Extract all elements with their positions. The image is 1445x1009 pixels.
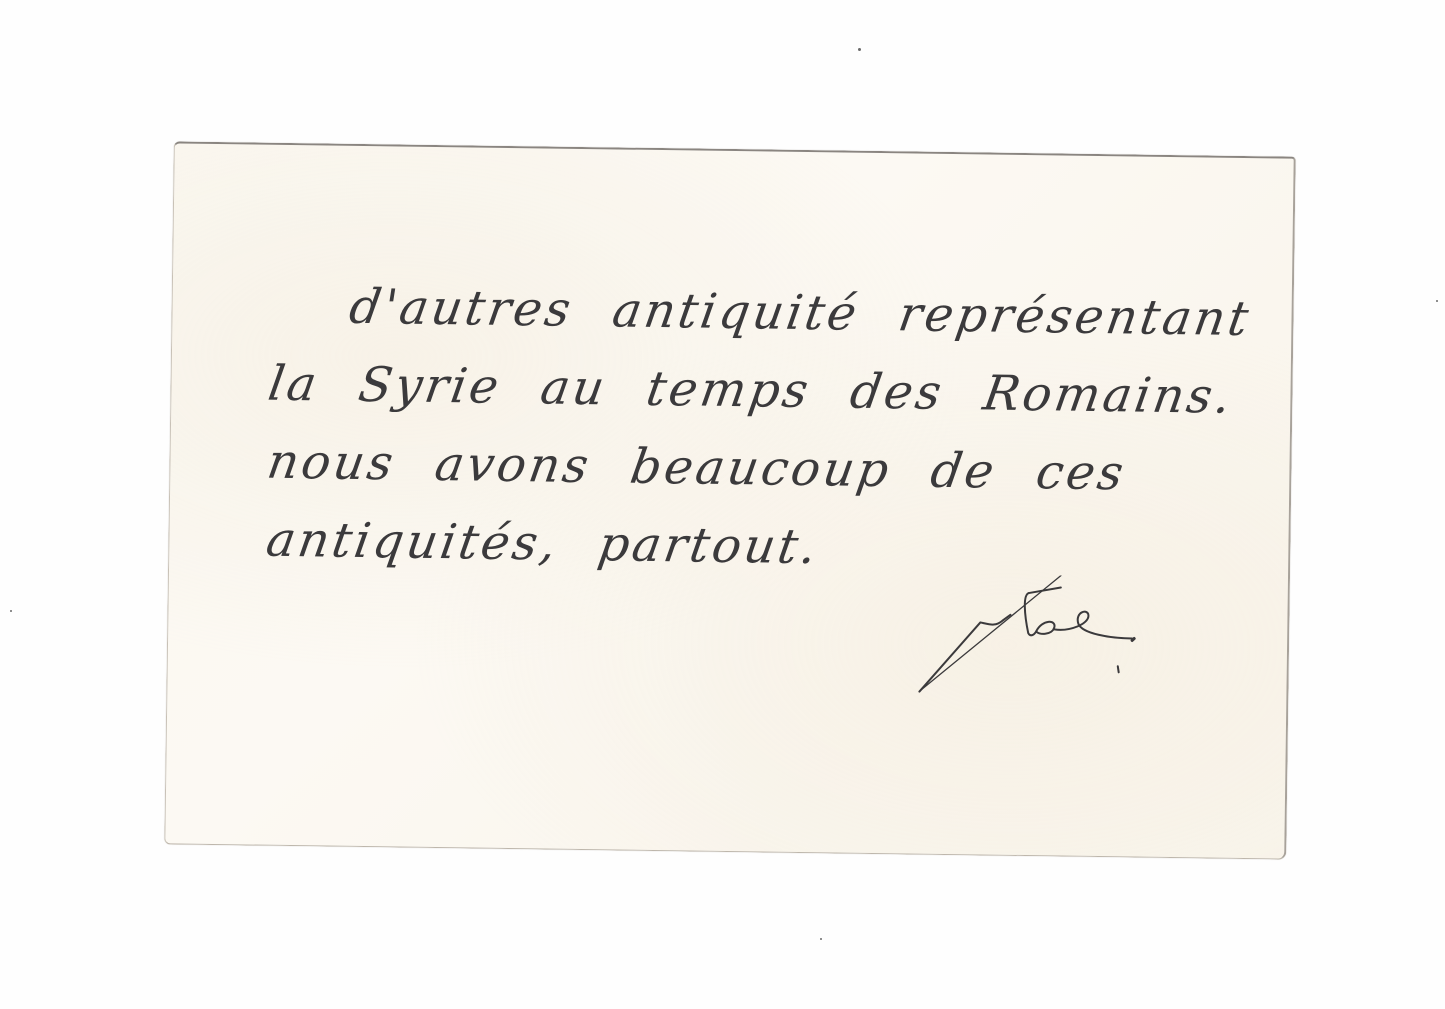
- handwritten-card: d'autres antiquité représentant la Syrie…: [164, 141, 1295, 859]
- scan-speck: [858, 48, 861, 51]
- scanned-page: d'autres antiquité représentant la Syrie…: [0, 0, 1445, 1009]
- signature-mark: [909, 573, 1151, 706]
- text-line-1: d'autres antiquité représentant: [264, 267, 1286, 359]
- handwritten-text: d'autres antiquité représentant la Syrie…: [261, 267, 1275, 593]
- scan-speck: [10, 610, 12, 612]
- text-line-2: la Syrie au temps des Romains.: [263, 345, 1285, 437]
- scan-speck: [1436, 300, 1438, 302]
- scan-speck: [820, 938, 822, 940]
- text-line-3: nous avons beaucoup de ces: [262, 423, 1284, 515]
